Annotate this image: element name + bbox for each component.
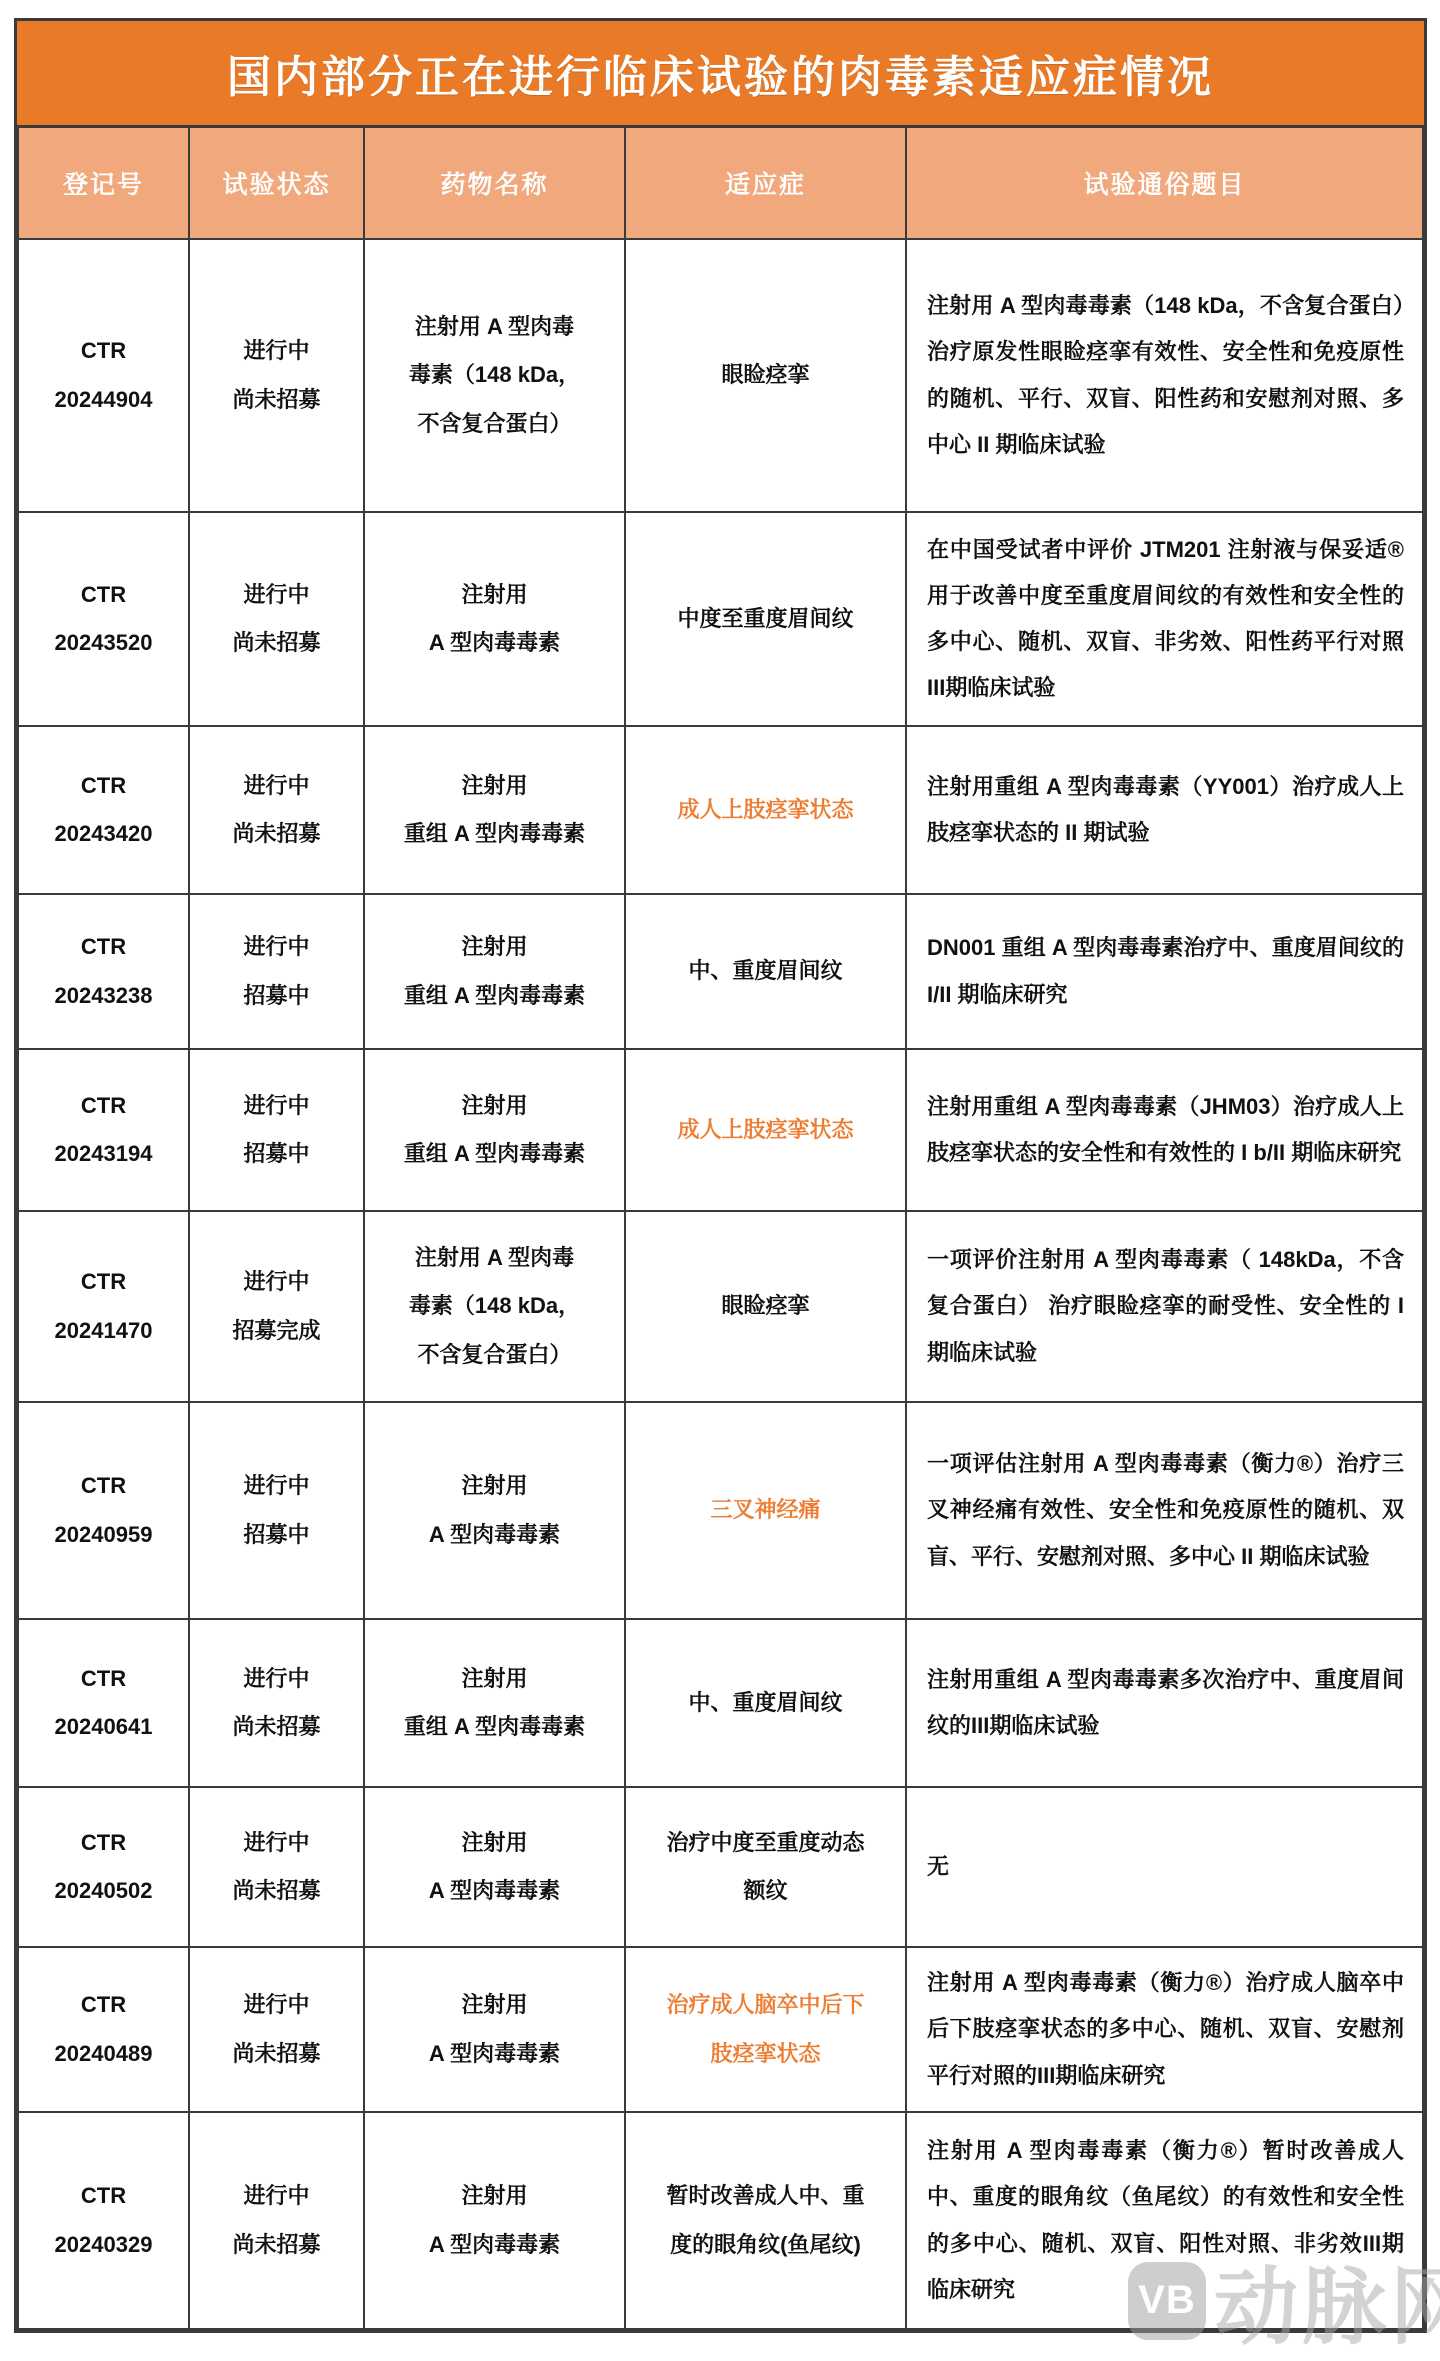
table-header-row: 登记号 试验状态 药物名称 适应症 试验通俗题目 (18, 128, 1423, 239)
trial-title-cell: 注射用 A 型肉毒毒素（衡力®）暂时改善成人中、重度的眼角纹（鱼尾纹）的有效性和… (906, 2112, 1423, 2329)
drug-cell: 注射用A 型肉毒毒素 (364, 1402, 625, 1619)
status-line: 进行中 (200, 327, 353, 375)
table-row: CTR20240502 进行中尚未招募 注射用A 型肉毒毒素 治疗中度至重度动态… (18, 1787, 1423, 1947)
registration-line: 20240489 (29, 2030, 178, 2078)
indication-cell: 治疗成人脑卒中后下肢痉挛状态 (625, 1947, 906, 2112)
title-bar: 国内部分正在进行临床试验的肉毒素适应症情况 (17, 21, 1424, 128)
indication-line: 额纹 (640, 1867, 891, 1915)
status-line: 尚未招募 (200, 2221, 353, 2269)
drug-name-line: 注射用 (375, 2172, 614, 2220)
trial-title: 一项评价注射用 A 型肉毒毒素（ 148kDa，不含复合蛋白） 治疗眼睑痉挛的耐… (927, 1237, 1404, 1376)
drug-cell: 注射用A 型肉毒毒素 (364, 1947, 625, 2112)
table-row: CTR20244904 进行中尚未招募 注射用 A 型肉毒毒素（148 kDa，… (18, 239, 1423, 512)
indication-line: 中、重度眉间纹 (640, 1679, 891, 1727)
status-line: 尚未招募 (200, 376, 353, 424)
trial-title: 一项评估注射用 A 型肉毒毒素（衡力®）治疗三叉神经痛有效性、安全性和免疫原性的… (927, 1441, 1404, 1580)
column-header-registration: 登记号 (18, 128, 189, 239)
page: { "colors":{ "title_bar":"#E97A28", "hea… (0, 0, 1440, 2345)
registration-line: CTR (29, 2172, 178, 2220)
drug-name-line: 注射用 (375, 1981, 614, 2029)
drug-name-line: A 型肉毒毒素 (375, 619, 614, 667)
table-row: CTR20240329 进行中尚未招募 注射用A 型肉毒毒素 暂时改善成人中、重… (18, 2112, 1423, 2329)
indication-line: 中、重度眉间纹 (640, 947, 891, 995)
indication-cell: 中度至重度眉间纹 (625, 512, 906, 726)
indication-line: 治疗成人脑卒中后下 (640, 1981, 891, 2029)
status-line: 尚未招募 (200, 810, 353, 858)
registration-cell: CTR20240502 (18, 1787, 189, 1947)
status-cell: 进行中招募中 (189, 894, 364, 1049)
drug-cell: 注射用 A 型肉毒毒素（148 kDa，不含复合蛋白） (364, 239, 625, 512)
indication-cell: 眼睑痉挛 (625, 239, 906, 512)
drug-cell: 注射用重组 A 型肉毒毒素 (364, 894, 625, 1049)
indication-line: 治疗中度至重度动态 (640, 1819, 891, 1867)
trial-title: 注射用重组 A 型肉毒毒素（JHM03）治疗成人上肢痉挛状态的安全性和有效性的 … (927, 1084, 1404, 1176)
trial-title-cell: 注射用 A 型肉毒毒素（148 kDa，不含复合蛋白）治疗原发性眼睑痉挛有效性、… (906, 239, 1423, 512)
drug-cell: 注射用 A 型肉毒毒素（148 kDa，不含复合蛋白） (364, 1211, 625, 1402)
indication-cell: 眼睑痉挛 (625, 1211, 906, 1402)
trial-title-cell: 注射用 A 型肉毒毒素（衡力®）治疗成人脑卒中后下肢痉挛状态的多中心、随机、双盲… (906, 1947, 1423, 2112)
trial-title: DN001 重组 A 型肉毒毒素治疗中、重度眉间纹的 I/II 期临床研究 (927, 925, 1404, 1017)
registration-line: CTR (29, 762, 178, 810)
table-row: CTR20240959 进行中招募中 注射用A 型肉毒毒素 三叉神经痛 一项评估… (18, 1402, 1423, 1619)
status-line: 进行中 (200, 1655, 353, 1703)
status-line: 进行中 (200, 1819, 353, 1867)
drug-name-line: 重组 A 型肉毒毒素 (375, 972, 614, 1020)
registration-cell: CTR20243420 (18, 726, 189, 894)
status-cell: 进行中尚未招募 (189, 512, 364, 726)
registration-cell: CTR20244904 (18, 239, 189, 512)
indication-cell: 治疗中度至重度动态额纹 (625, 1787, 906, 1947)
indication-line: 眼睑痉挛 (640, 1282, 891, 1330)
registration-cell: CTR20240489 (18, 1947, 189, 2112)
indication-cell: 成人上肢痉挛状态 (625, 1049, 906, 1211)
trial-title-cell: DN001 重组 A 型肉毒毒素治疗中、重度眉间纹的 I/II 期临床研究 (906, 894, 1423, 1049)
status-cell: 进行中尚未招募 (189, 239, 364, 512)
registration-line: CTR (29, 923, 178, 971)
drug-name-line: 重组 A 型肉毒毒素 (375, 1703, 614, 1751)
indication-cell: 成人上肢痉挛状态 (625, 726, 906, 894)
table-row: CTR20240641 进行中尚未招募 注射用重组 A 型肉毒毒素 中、重度眉间… (18, 1619, 1423, 1787)
indication-line: 三叉神经痛 (640, 1486, 891, 1534)
status-cell: 进行中招募完成 (189, 1211, 364, 1402)
registration-line: 20240502 (29, 1867, 178, 1915)
indication-cell: 中、重度眉间纹 (625, 894, 906, 1049)
trial-title: 注射用 A 型肉毒毒素（衡力®）暂时改善成人中、重度的眼角纹（鱼尾纹）的有效性和… (927, 2128, 1404, 2313)
drug-name-line: A 型肉毒毒素 (375, 2030, 614, 2078)
drug-name-line: 重组 A 型肉毒毒素 (375, 1130, 614, 1178)
indication-line: 成人上肢痉挛状态 (640, 786, 891, 834)
registration-line: 20243238 (29, 972, 178, 1020)
registration-cell: CTR20243238 (18, 894, 189, 1049)
trial-data-table: 登记号 试验状态 药物名称 适应症 试验通俗题目 CTR20244904 进行中… (17, 128, 1424, 2330)
registration-line: 20243194 (29, 1130, 178, 1178)
drug-name-line: 注射用 A 型肉毒 (375, 1234, 614, 1282)
registration-line: CTR (29, 1655, 178, 1703)
registration-line: 20240641 (29, 1703, 178, 1751)
registration-line: 20240329 (29, 2221, 178, 2269)
trial-title-cell: 一项评估注射用 A 型肉毒毒素（衡力®）治疗三叉神经痛有效性、安全性和免疫原性的… (906, 1402, 1423, 1619)
table-row: CTR20243420 进行中尚未招募 注射用重组 A 型肉毒毒素 成人上肢痉挛… (18, 726, 1423, 894)
trial-title-cell: 无 (906, 1787, 1423, 1947)
drug-name-line: 毒素（148 kDa， (375, 1282, 614, 1330)
drug-cell: 注射用A 型肉毒毒素 (364, 1787, 625, 1947)
drug-name-line: 注射用 A 型肉毒 (375, 303, 614, 351)
status-line: 招募中 (200, 1130, 353, 1178)
table-row: CTR20240489 进行中尚未招募 注射用A 型肉毒毒素 治疗成人脑卒中后下… (18, 1947, 1423, 2112)
trial-title: 注射用 A 型肉毒毒素（148 kDa，不含复合蛋白）治疗原发性眼睑痉挛有效性、… (927, 283, 1404, 468)
registration-line: 20244904 (29, 376, 178, 424)
indication-line: 中度至重度眉间纹 (640, 595, 891, 643)
drug-cell: 注射用A 型肉毒毒素 (364, 512, 625, 726)
drug-name-line: 不含复合蛋白） (375, 400, 614, 448)
trial-title: 无 (927, 1844, 1404, 1890)
column-header-trial-title: 试验通俗题目 (906, 128, 1423, 239)
table-row: CTR20243238 进行中招募中 注射用重组 A 型肉毒毒素 中、重度眉间纹… (18, 894, 1423, 1049)
trial-title: 在中国受试者中评价 JTM201 注射液与保妥适®用于改善中度至重度眉间纹的有效… (927, 527, 1404, 712)
drug-name-line: A 型肉毒毒素 (375, 1867, 614, 1915)
drug-name-line: A 型肉毒毒素 (375, 2221, 614, 2269)
trial-title-cell: 注射用重组 A 型肉毒毒素（YY001）治疗成人上肢痉挛状态的 II 期试验 (906, 726, 1423, 894)
registration-line: CTR (29, 327, 178, 375)
trial-title-cell: 一项评价注射用 A 型肉毒毒素（ 148kDa，不含复合蛋白） 治疗眼睑痉挛的耐… (906, 1211, 1423, 1402)
status-line: 进行中 (200, 1258, 353, 1306)
status-line: 进行中 (200, 923, 353, 971)
indication-line: 度的眼角纹(鱼尾纹) (640, 2221, 891, 2269)
status-cell: 进行中招募中 (189, 1049, 364, 1211)
registration-cell: CTR20240959 (18, 1402, 189, 1619)
registration-line: 20243520 (29, 619, 178, 667)
registration-line: CTR (29, 1082, 178, 1130)
drug-name-line: 注射用 (375, 1462, 614, 1510)
status-line: 进行中 (200, 762, 353, 810)
indication-cell: 三叉神经痛 (625, 1402, 906, 1619)
registration-line: CTR (29, 1981, 178, 2029)
status-line: 尚未招募 (200, 1867, 353, 1915)
table-row: CTR20243520 进行中尚未招募 注射用A 型肉毒毒素 中度至重度眉间纹 … (18, 512, 1423, 726)
status-line: 招募中 (200, 972, 353, 1020)
status-line: 进行中 (200, 2172, 353, 2220)
trial-title-cell: 在中国受试者中评价 JTM201 注射液与保妥适®用于改善中度至重度眉间纹的有效… (906, 512, 1423, 726)
registration-line: CTR (29, 1462, 178, 1510)
registration-line: CTR (29, 1819, 178, 1867)
registration-line: 20243420 (29, 810, 178, 858)
trial-title-cell: 注射用重组 A 型肉毒毒素（JHM03）治疗成人上肢痉挛状态的安全性和有效性的 … (906, 1049, 1423, 1211)
trial-title: 注射用重组 A 型肉毒毒素（YY001）治疗成人上肢痉挛状态的 II 期试验 (927, 764, 1404, 856)
trial-title: 注射用重组 A 型肉毒毒素多次治疗中、重度眉间纹的III期临床试验 (927, 1657, 1404, 1749)
drug-name-line: 注射用 (375, 923, 614, 971)
registration-line: CTR (29, 1258, 178, 1306)
status-cell: 进行中尚未招募 (189, 1619, 364, 1787)
column-header-indication: 适应症 (625, 128, 906, 239)
drug-cell: 注射用重组 A 型肉毒毒素 (364, 1619, 625, 1787)
status-cell: 进行中尚未招募 (189, 726, 364, 894)
trial-title: 注射用 A 型肉毒毒素（衡力®）治疗成人脑卒中后下肢痉挛状态的多中心、随机、双盲… (927, 1960, 1404, 2099)
status-line: 进行中 (200, 1082, 353, 1130)
registration-cell: CTR20241470 (18, 1211, 189, 1402)
status-line: 进行中 (200, 571, 353, 619)
indication-cell: 暂时改善成人中、重度的眼角纹(鱼尾纹) (625, 2112, 906, 2329)
registration-cell: CTR20240641 (18, 1619, 189, 1787)
trial-title-cell: 注射用重组 A 型肉毒毒素多次治疗中、重度眉间纹的III期临床试验 (906, 1619, 1423, 1787)
trial-table-body: CTR20244904 进行中尚未招募 注射用 A 型肉毒毒素（148 kDa，… (18, 239, 1423, 2329)
registration-cell: CTR20243520 (18, 512, 189, 726)
registration-line: 20240959 (29, 1511, 178, 1559)
column-header-status: 试验状态 (189, 128, 364, 239)
status-line: 尚未招募 (200, 1703, 353, 1751)
drug-cell: 注射用重组 A 型肉毒毒素 (364, 1049, 625, 1211)
drug-name-line: 注射用 (375, 1655, 614, 1703)
indication-line: 眼睑痉挛 (640, 351, 891, 399)
status-line: 进行中 (200, 1462, 353, 1510)
drug-name-line: 重组 A 型肉毒毒素 (375, 810, 614, 858)
drug-name-line: 注射用 (375, 762, 614, 810)
table-row: CTR20241470 进行中招募完成 注射用 A 型肉毒毒素（148 kDa，… (18, 1211, 1423, 1402)
registration-cell: CTR20240329 (18, 2112, 189, 2329)
drug-name-line: 毒素（148 kDa， (375, 351, 614, 399)
status-cell: 进行中尚未招募 (189, 1787, 364, 1947)
trial-table: 国内部分正在进行临床试验的肉毒素适应症情况 登记号 试验状态 药物名称 适应症 … (14, 18, 1427, 2333)
status-line: 尚未招募 (200, 2030, 353, 2078)
status-line: 招募中 (200, 1511, 353, 1559)
status-line: 招募完成 (200, 1307, 353, 1355)
status-line: 进行中 (200, 1981, 353, 2029)
indication-line: 肢痉挛状态 (640, 2030, 891, 2078)
drug-name-line: A 型肉毒毒素 (375, 1511, 614, 1559)
indication-cell: 中、重度眉间纹 (625, 1619, 906, 1787)
drug-name-line: 注射用 (375, 571, 614, 619)
registration-line: CTR (29, 571, 178, 619)
indication-line: 成人上肢痉挛状态 (640, 1106, 891, 1154)
status-cell: 进行中尚未招募 (189, 2112, 364, 2329)
drug-name-line: 注射用 (375, 1082, 614, 1130)
drug-name-line: 不含复合蛋白） (375, 1331, 614, 1379)
drug-name-line: 注射用 (375, 1819, 614, 1867)
table-row: CTR20243194 进行中招募中 注射用重组 A 型肉毒毒素 成人上肢痉挛状… (18, 1049, 1423, 1211)
indication-line: 暂时改善成人中、重 (640, 2172, 891, 2220)
registration-cell: CTR20243194 (18, 1049, 189, 1211)
status-cell: 进行中招募中 (189, 1402, 364, 1619)
status-cell: 进行中尚未招募 (189, 1947, 364, 2112)
status-line: 尚未招募 (200, 619, 353, 667)
drug-cell: 注射用重组 A 型肉毒毒素 (364, 726, 625, 894)
column-header-drug: 药物名称 (364, 128, 625, 239)
registration-line: 20241470 (29, 1307, 178, 1355)
page-title: 国内部分正在进行临床试验的肉毒素适应症情况 (227, 41, 1214, 105)
drug-cell: 注射用A 型肉毒毒素 (364, 2112, 625, 2329)
